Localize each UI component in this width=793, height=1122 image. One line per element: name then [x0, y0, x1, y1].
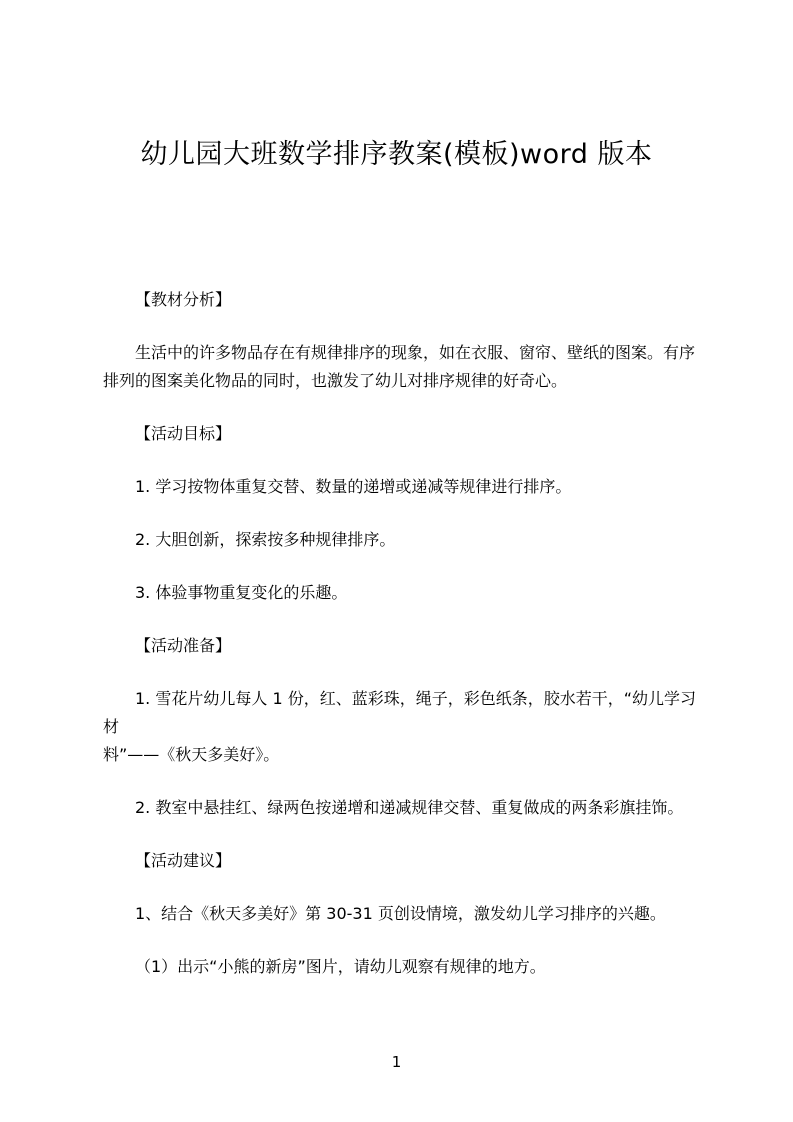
paragraph: 1. 雪花片幼儿每人 1 份，红、蓝彩珠，绳子，彩色纸条，胶水若干，“幼儿学习材…: [103, 685, 698, 769]
paragraph: 2. 大胆创新，探索按多种规律排序。: [103, 526, 698, 554]
paragraph: 1、结合《秋天多美好》第 30-31 页创设情境，激发幼儿学习排序的兴趣。: [103, 900, 698, 928]
paragraph: 1. 学习按物体重复交替、数量的递增或递减等规律进行排序。: [103, 473, 698, 501]
section-heading: 【活动目标】: [103, 420, 698, 448]
paragraph: 生活中的许多物品存在有规律排序的现象，如在衣服、窗帘、壁纸的图案。有序排列的图案…: [103, 339, 698, 395]
document-body: 【教材分析】生活中的许多物品存在有规律排序的现象，如在衣服、窗帘、壁纸的图案。有…: [0, 286, 793, 981]
paragraph: 3. 体验事物重复变化的乐趣。: [103, 579, 698, 607]
page-title: 幼儿园大班数学排序教案(模板)word 版本: [0, 137, 793, 173]
document-page: 幼儿园大班数学排序教案(模板)word 版本 【教材分析】生活中的许多物品存在有…: [0, 0, 793, 1122]
section-heading: 【教材分析】: [103, 286, 698, 314]
paragraph: （1）出示“小熊的新房”图片，请幼儿观察有规律的地方。: [103, 953, 698, 981]
section-heading: 【活动准备】: [103, 632, 698, 660]
paragraph: 2. 教室中悬挂红、绿两色按递增和递减规律交替、重复做成的两条彩旗挂饰。: [103, 794, 698, 822]
section-heading: 【活动建议】: [103, 847, 698, 875]
page-number: 1: [0, 1048, 793, 1076]
